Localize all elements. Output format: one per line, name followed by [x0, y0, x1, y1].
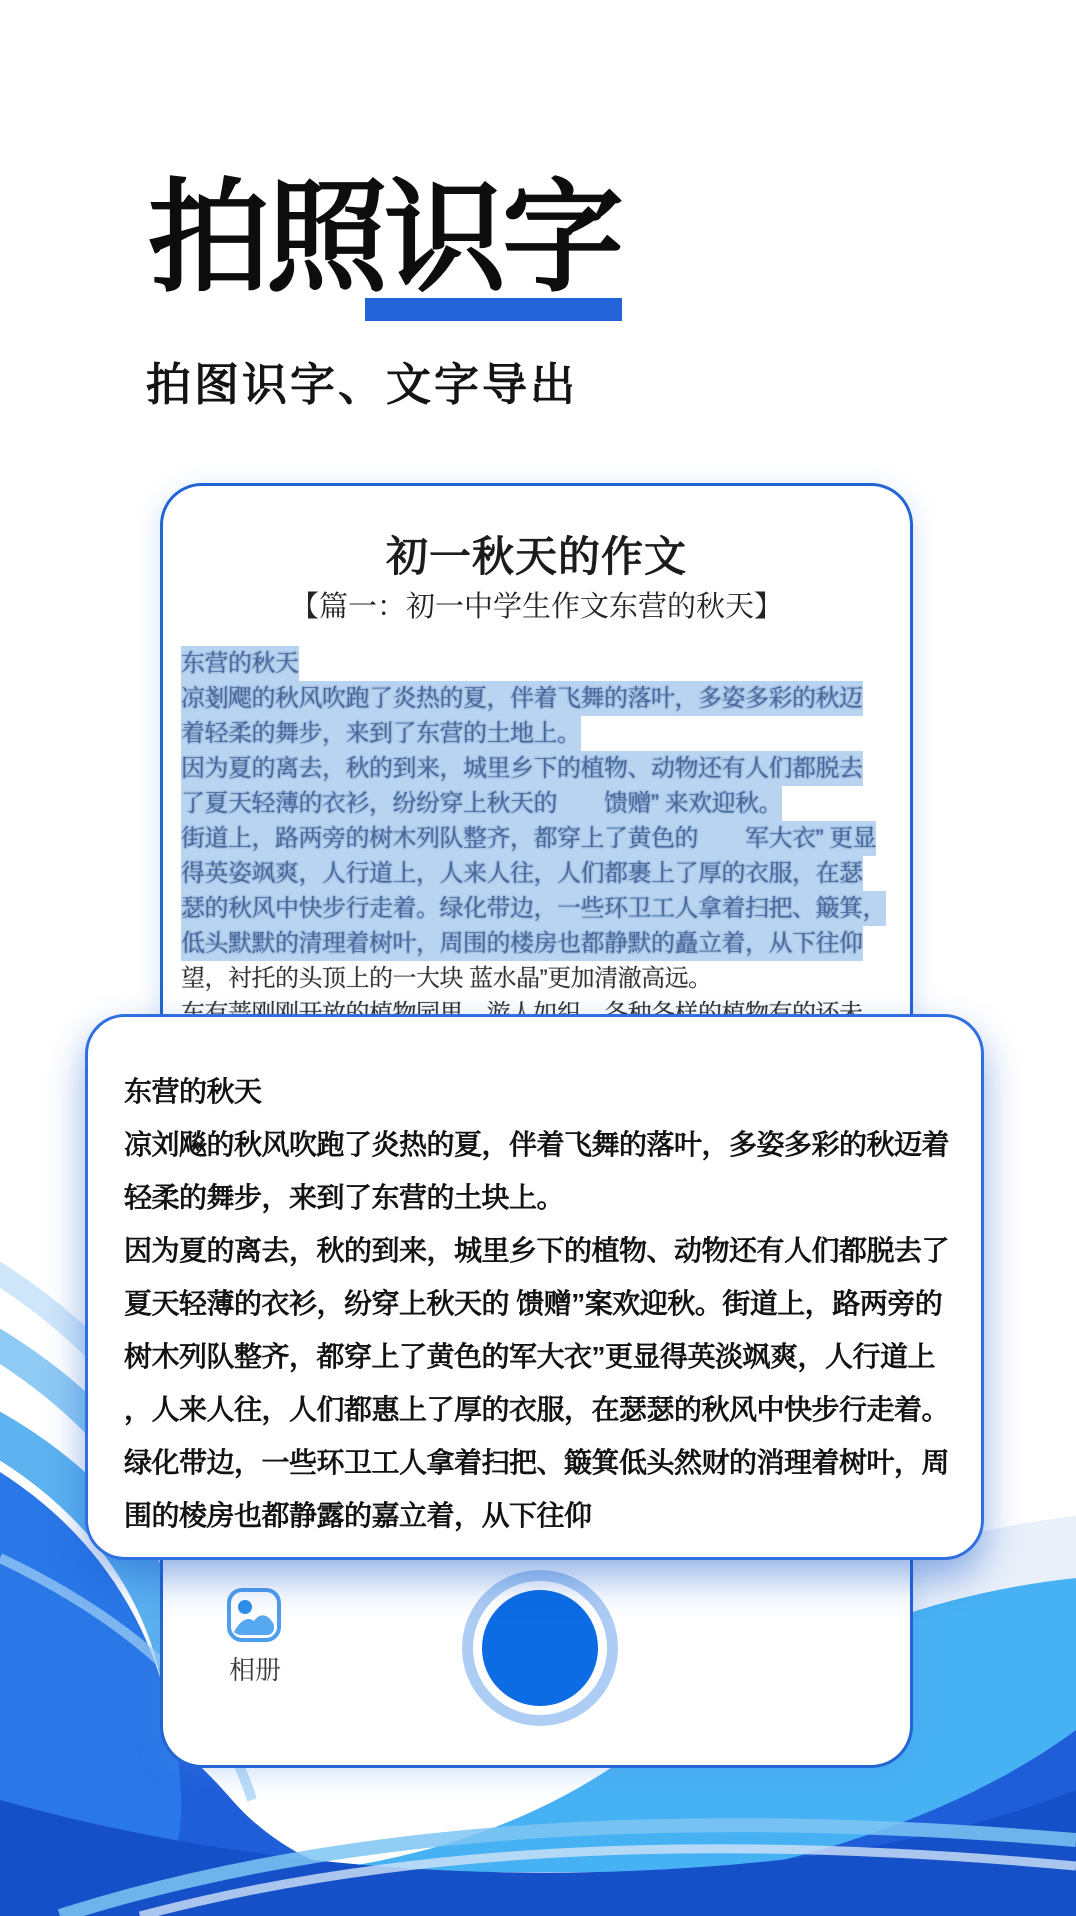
photo-album-icon [226, 1586, 282, 1644]
document-text-line: 望，衬托的头顶上的一大块 蓝水晶”更加清澈高远。 [181, 961, 906, 996]
document-text-line: 瑟的秋风中快步行走着。绿化带边，一些环卫工人拿着扫把、簸箕， [181, 891, 886, 926]
document-text-line: 得英姿飒爽，人行道上，人来人往，人们都裹上了厚的衣服，在瑟 [181, 856, 863, 891]
shutter-core-circle [482, 1590, 598, 1706]
shutter-button[interactable] [462, 1570, 618, 1726]
ocr-result-line: 绿化带边，一些环卫工人拿着扫把、簸箕低头然财的消理着树叶，周 [124, 1436, 954, 1489]
ocr-result-line: 东营的秋天 [124, 1065, 954, 1118]
document-text-line: 街道上，路两旁的树木列队整齐，都穿上了黄色的 军大衣” 更显 [181, 821, 876, 856]
document-text-line: 着轻柔的舞步，来到了东营的土地上。 [181, 716, 581, 751]
ocr-result-line: 凉刘飚的秋风吹跑了炎热的夏，伴着飞舞的落叶，多姿多彩的秋迈着 [124, 1118, 954, 1171]
ocr-result-line: 夏天轻薄的衣衫，纷穿上秋天的 馈赠”案欢迎秋。街道上，路两旁的 [124, 1277, 954, 1330]
album-button-label: 相册 [210, 1650, 300, 1687]
ocr-result-line: 因为夏的离去，秋的到来，城里乡下的植物、动物还有人们都脱去了 [124, 1224, 954, 1277]
ocr-result-text-block: 东营的秋天凉刘飚的秋风吹跑了炎热的夏，伴着飞舞的落叶，多姿多彩的秋迈着轻柔的舞步… [124, 1065, 954, 1542]
document-text-block: 东营的秋天凉剗飔的秋风吹跑了炎热的夏，伴着飞舞的落叶，多姿多彩的秋迈着轻柔的舞步… [181, 646, 906, 1031]
album-button[interactable] [226, 1586, 282, 1644]
ocr-result-line: 轻柔的舞步，来到了东营的土块上。 [124, 1171, 954, 1224]
document-text-line: 凉剗飔的秋风吹跑了炎热的夏，伴着飞舞的落叶，多姿多彩的秋迈 [181, 681, 863, 716]
ocr-result-line: 树木列队整齐，都穿上了黄色的军大衣”更显得英淡飒爽，人行道上 [124, 1330, 954, 1383]
document-text-line: 了夏天轻薄的衣衫，纷纷穿上秋天的 馈赠” 来欢迎秋。 [181, 786, 782, 821]
document-subtitle: 【篇一：初一中学生作文东营的秋天】 [163, 584, 910, 625]
page-subtitle: 拍图识字、文字导出 [146, 348, 578, 413]
document-text-line: 低头默默的清理着树叶，周围的楼房也都静默的矗立着，从下往仰 [181, 926, 863, 961]
page-title: 拍照识字 [148, 168, 620, 308]
app-promo-page: 拍照识字 拍图识字、文字导出 初一秋天的作文 【篇一：初一中学生作文东营的秋天】… [0, 0, 1076, 1916]
document-title: 初一秋天的作文 [163, 524, 910, 584]
ocr-result-line: 围的棱房也都静露的嘉立着，从下往仰 [124, 1489, 954, 1542]
document-text-line: 东营的秋天 [181, 646, 299, 681]
document-text-line: 因为夏的离去，秋的到来，城里乡下的植物、动物还有人们都脱去 [181, 751, 863, 786]
ocr-result-card: 东营的秋天凉刘飚的秋风吹跑了炎热的夏，伴着飞舞的落叶，多姿多彩的秋迈着轻柔的舞步… [85, 1014, 984, 1560]
ocr-result-line: ，人来人往，人们都惠上了厚的衣服，在瑟瑟的秋风中快步行走着。 [124, 1383, 954, 1436]
